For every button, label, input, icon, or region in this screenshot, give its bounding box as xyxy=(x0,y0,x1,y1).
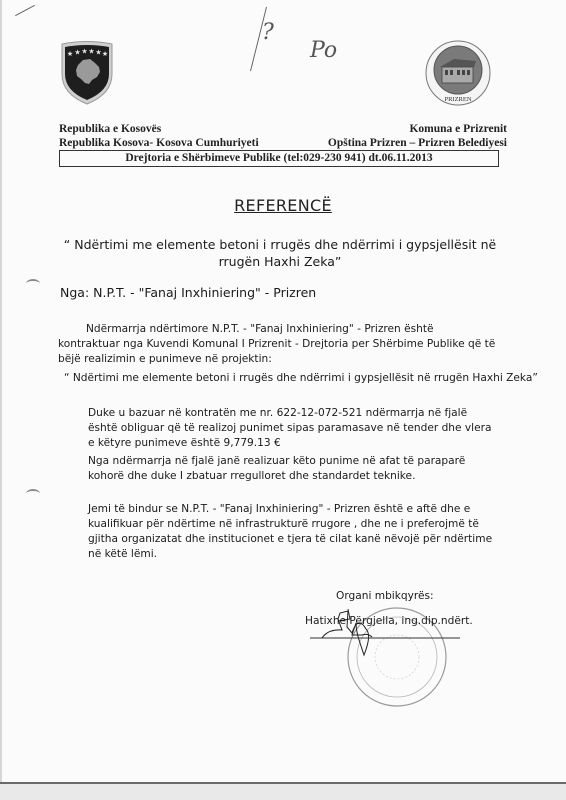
svg-text:★: ★ xyxy=(67,50,73,58)
punch-hole xyxy=(26,279,40,288)
document-title: REFERENCË xyxy=(0,196,566,215)
paragraph-contract-value: Duke u bazuar në kontratën me nr. 622-12… xyxy=(88,406,498,451)
header-republic-serbian-turkish: Republika Kosova- Kosova Cumhuriyeti xyxy=(59,137,259,149)
handwritten-initials: Po xyxy=(310,38,337,63)
document-subject: “ Ndërtimi me elemente betoni i rrugës d… xyxy=(60,236,500,270)
kosovo-coat-of-arms-icon: ★★★ ★★★ xyxy=(59,40,115,106)
supervisory-body-label: Organi mbikqyrës: xyxy=(336,590,434,602)
from-line: Nga: N.P.T. - "Fanaj Inxhiniering" - Pri… xyxy=(60,285,316,300)
svg-text:★: ★ xyxy=(74,49,80,57)
project-quote: “ Ndërtimi me elemente betoni i rrugës d… xyxy=(64,372,538,384)
header-republic-albanian: Republika e Kosovës xyxy=(59,123,161,135)
svg-text:★: ★ xyxy=(81,48,87,56)
svg-text:★: ★ xyxy=(95,49,101,57)
department-box: Drejtoria e Shërbimeve Publike (tel:029-… xyxy=(59,150,499,167)
svg-text:★: ★ xyxy=(102,50,108,58)
svg-text:★: ★ xyxy=(88,48,94,56)
paragraph-contract: Ndërmarrja ndërtimore N.P.T. - "Fanaj In… xyxy=(58,322,498,367)
header-municipality-albanian: Komuna e Prizrenit xyxy=(409,123,507,135)
paragraph-completion: Nga ndërmarrja në fjalë janë realizuar k… xyxy=(88,454,498,484)
svg-text:PRIZREN: PRIZREN xyxy=(444,96,471,103)
handwritten-mark: ? xyxy=(262,20,274,45)
handwritten-corner-mark xyxy=(15,5,35,16)
signer-name: Hatixhe Përgjella, ing.dip.ndërt. xyxy=(305,615,473,627)
header-municipality-serbian-turkish: Opština Prizren – Prizren Belediyesi xyxy=(328,137,507,149)
prizren-municipality-seal-icon: PRIZREN xyxy=(424,39,492,107)
punch-hole xyxy=(26,489,40,498)
paragraph-recommendation: Jemi të bindur se N.P.T. - "Fanaj Inxhin… xyxy=(88,502,498,562)
document-page: ? Po ★★★ ★★★ PRIZREN Republika e Kosovës… xyxy=(0,0,566,784)
